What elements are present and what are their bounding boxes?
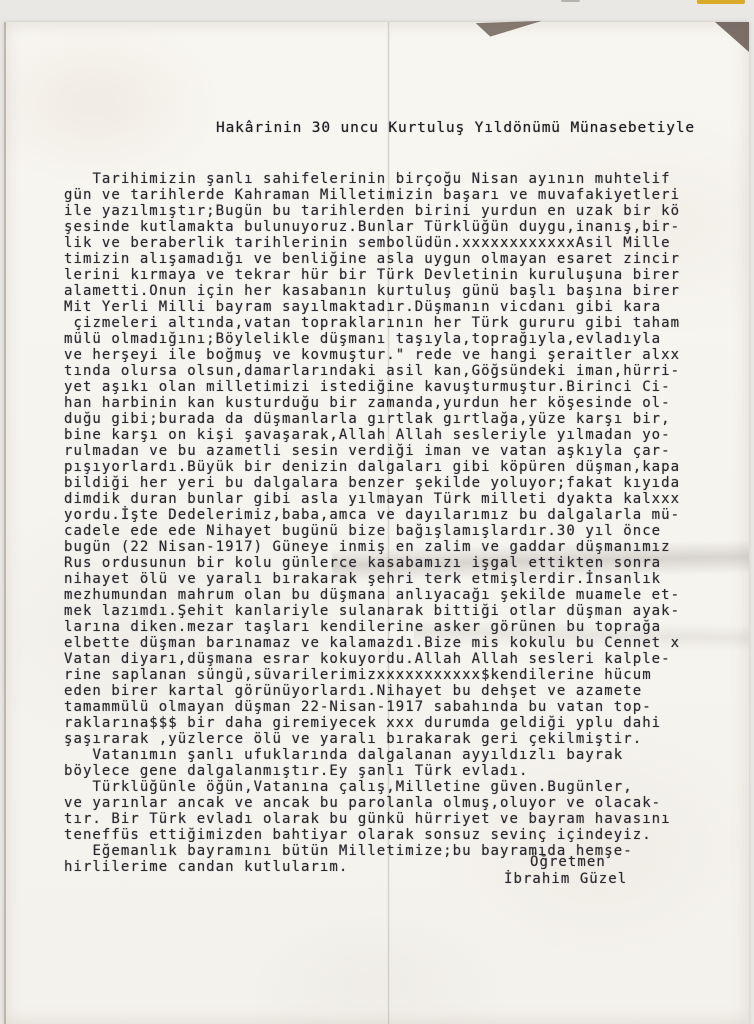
signature-block: Öğretmen İbrahim Güzel — [504, 854, 627, 888]
letter-body: Tarihimizin şanlı sahifelerinin birçoğu … — [64, 171, 712, 875]
scanned-letter-page: Hakârinin 30 uncu Kurtuluş Yıldönümü Mün… — [4, 22, 749, 1024]
letter-title: Hakârinin 30 uncu Kurtuluş Yıldönümü Mün… — [216, 120, 695, 136]
folded-corner-mark — [715, 22, 749, 52]
signature-role: Öğretmen — [504, 854, 627, 871]
fold-tear-mark — [476, 21, 542, 37]
paper-left-edge — [4, 22, 6, 1024]
page-edge-mark — [561, 0, 580, 2]
yellow-tab-marker — [697, 0, 745, 4]
signature-name: İbrahim Güzel — [504, 871, 627, 888]
